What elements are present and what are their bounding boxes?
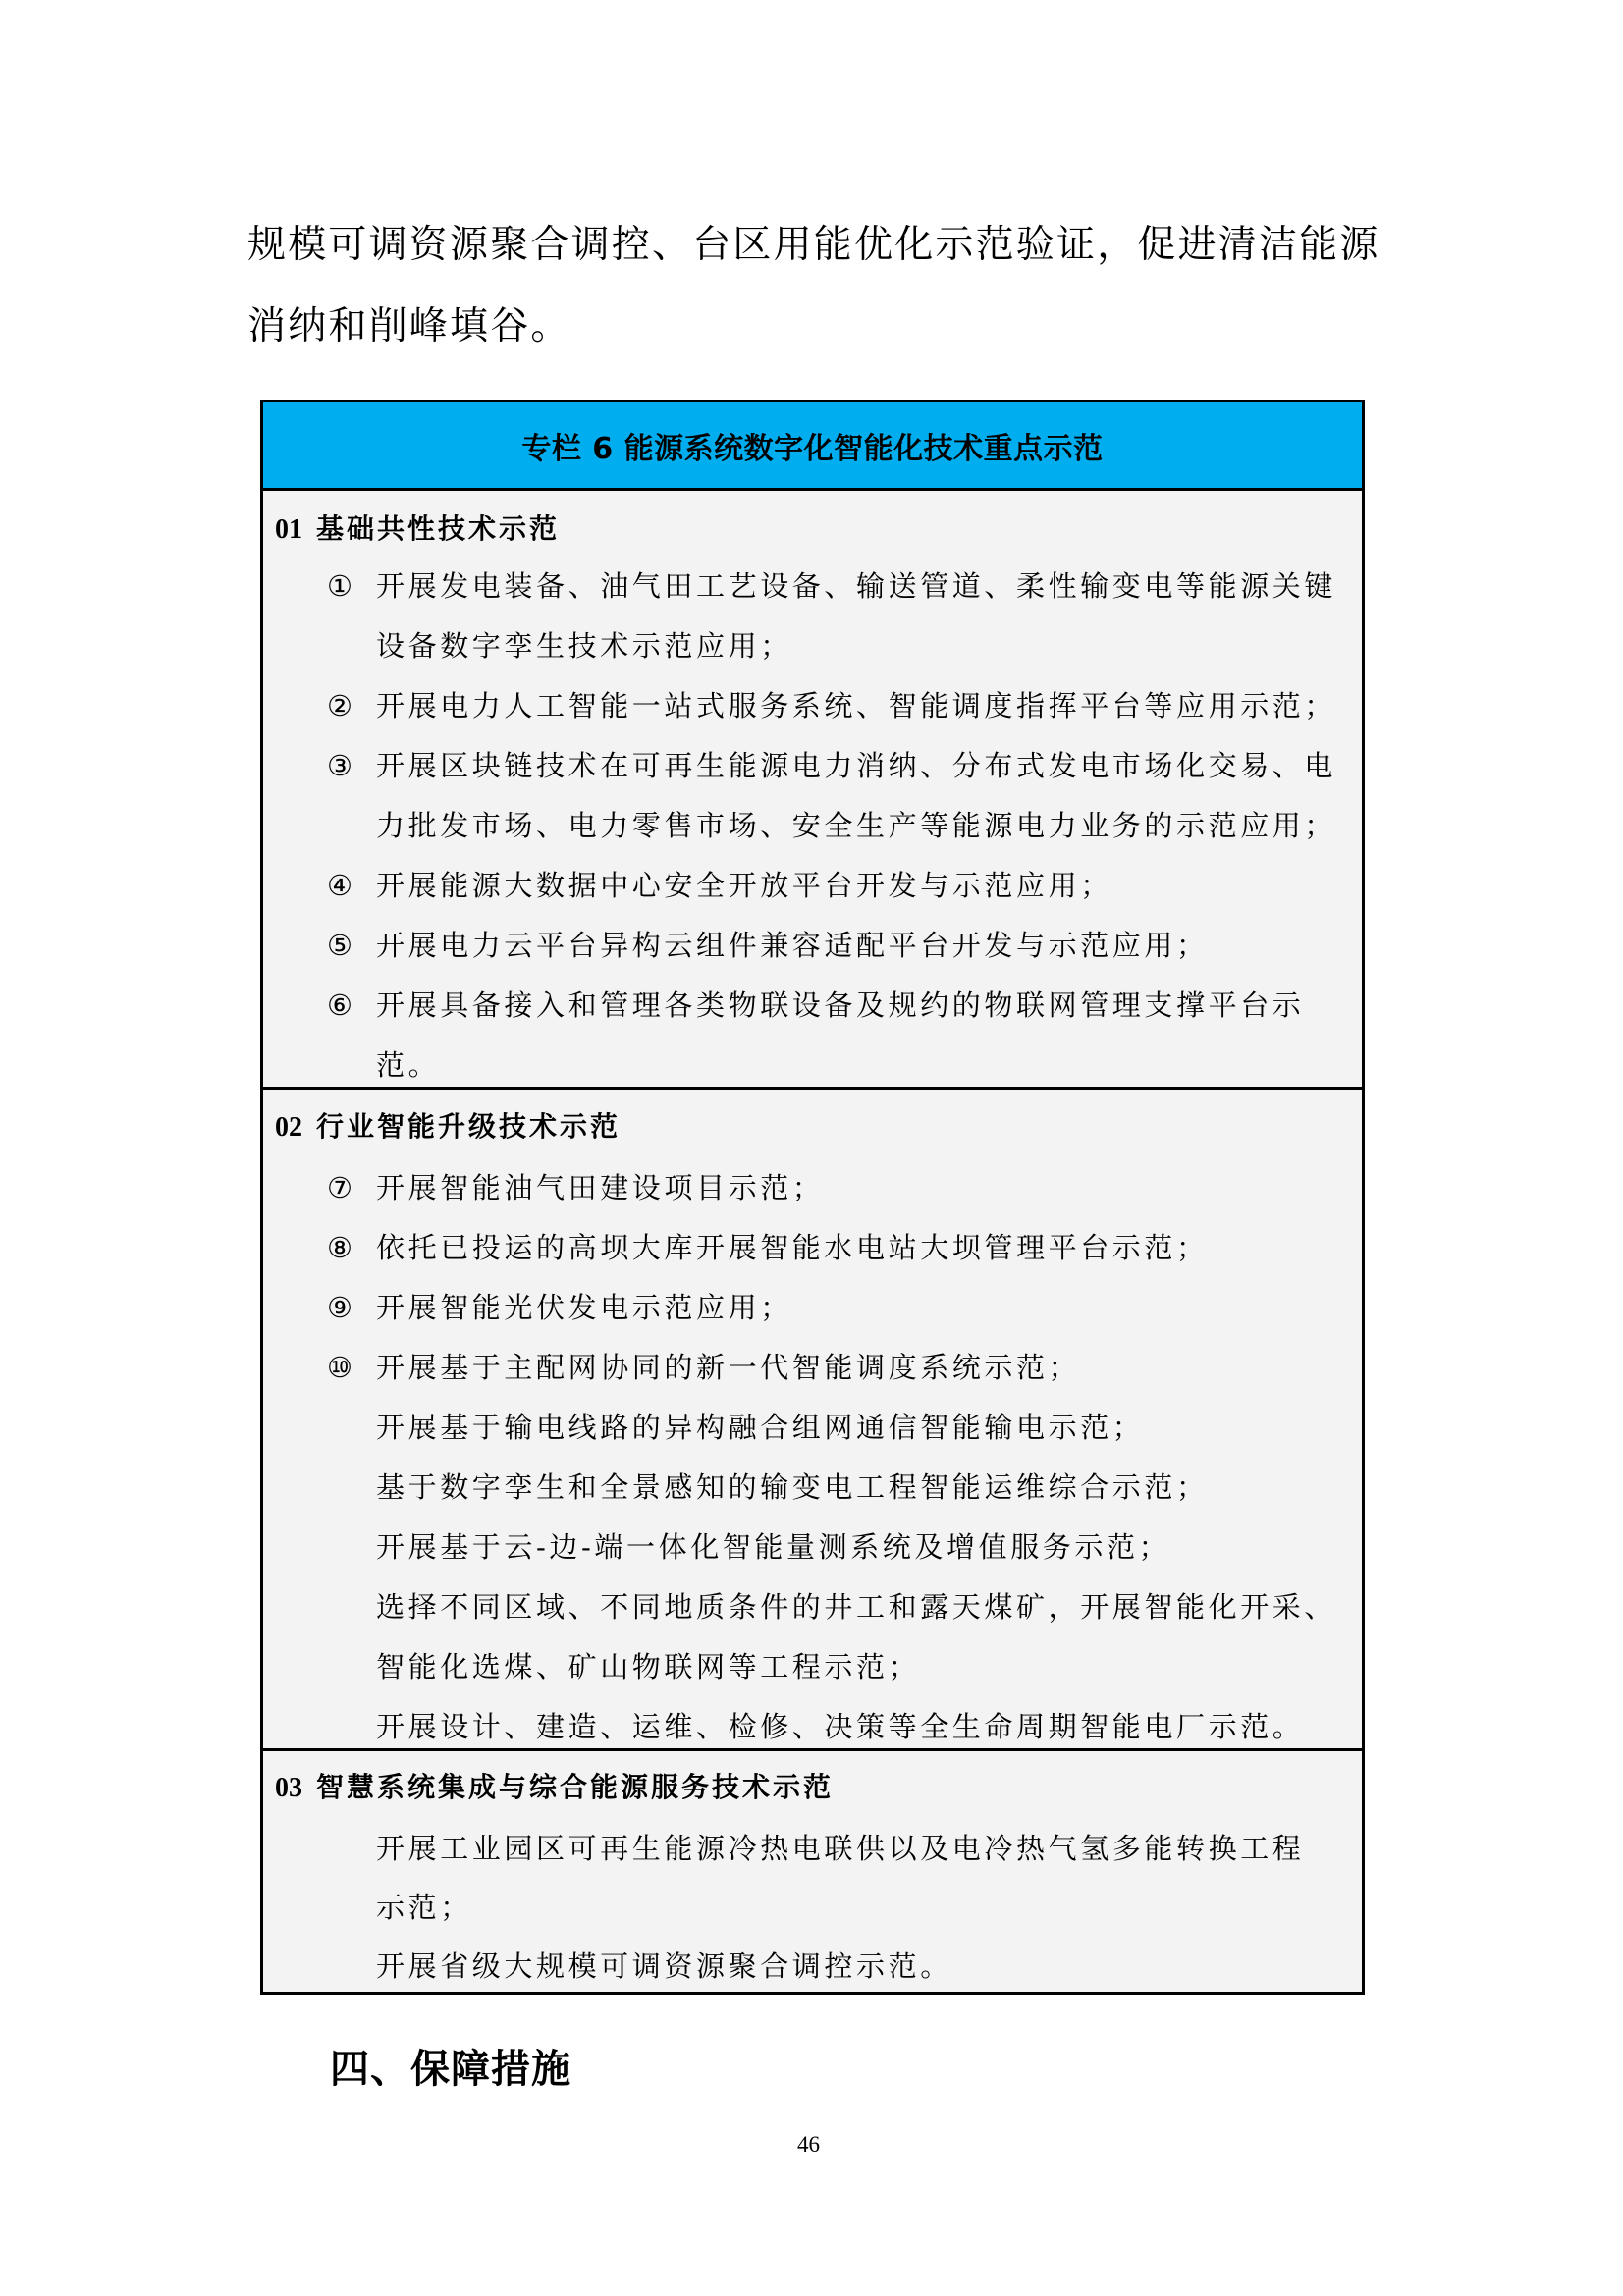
item-text: 开展具备接入和管理各类物联设备及规约的物联网管理支撑平台示 [376,988,1304,1022]
list-item: ⑨开展智能光伏发电示范应用； [376,1291,792,1324]
box-title: 专栏 6 能源系统数字化智能化技术重点示范 [521,424,1103,467]
item-text: 开展智能光伏发电示范应用； [376,1291,792,1324]
list-item: 基于数字孪生和全景感知的输变电工程智能运维综合示范； [376,1470,1209,1504]
section-label: 基础共性技术示范 [316,512,560,545]
list-item: ④开展能源大数据中心安全开放平台开发与示范应用； [376,869,1112,902]
item-marker: ⑧ [327,1231,352,1264]
list-item: ⑧依托已投运的高坝大库开展智能水电站大坝管理平台示范； [376,1231,1209,1264]
intro-line-1: 规模可调资源聚合调控、台区用能优化示范验证，促进清洁能源 [247,224,1380,267]
item-text: 开展设计、建造、运维、检修、决策等全生命周期智能电厂示范。 [376,1710,1304,1743]
section-03: 03智慧系统集成与综合能源服务技术示范 开展工业园区可再生能源冷热电联供以及电冷… [263,1748,1362,1992]
item-marker: ⑥ [327,988,352,1022]
list-item: ⑩开展基于主配网协同的新一代智能调度系统示范； [376,1351,1080,1384]
item-text: 开展工业园区可再生能源冷热电联供以及电冷热气氢多能转换工程 [376,1832,1304,1865]
list-item: 开展基于输电线路的异构融合组网通信智能输电示范； [376,1411,1144,1444]
item-marker: ② [327,689,352,722]
intro-line-2: 消纳和削峰填谷。 [247,305,571,348]
list-item: 开展设计、建造、运维、检修、决策等全生命周期智能电厂示范。 [376,1710,1304,1743]
item-marker: ⑩ [327,1351,352,1384]
page-number: 46 [797,2132,820,2158]
item-text: 开展省级大规模可调资源聚合调控示范。 [376,1949,952,1983]
section-heading-safeguards: 四、保障措施 [330,2038,571,2094]
item-text: 开展区块链技术在可再生能源电力消纳、分布式发电市场化交易、电 [376,749,1336,782]
item-text: 力批发市场、电力零售市场、安全生产等能源电力业务的示范应用； [376,809,1336,842]
item-marker: ⑤ [327,929,352,962]
list-item-continuation: 智能化选煤、矿山物联网等工程示范； [376,1650,920,1683]
item-text: 范。 [376,1048,440,1082]
list-item-continuation: 示范； [376,1891,472,1924]
section-heading: 02行业智能升级技术示范 [275,1112,621,1143]
item-text: 智能化选煤、矿山物联网等工程示范； [376,1650,920,1683]
section-heading: 01基础共性技术示范 [275,514,560,545]
item-marker: ⑦ [327,1171,352,1204]
section-heading: 03智慧系统集成与综合能源服务技术示范 [275,1773,834,1803]
box-header: 专栏 6 能源系统数字化智能化技术重点示范 [263,402,1362,491]
item-text: 开展智能油气田建设项目示范； [376,1171,824,1204]
item-text: 选择不同区域、不同地质条件的井工和露天煤矿，开展智能化开采、 [376,1590,1336,1624]
section-label: 智慧系统集成与综合能源服务技术示范 [316,1771,834,1803]
item-text: 设备数字孪生技术示范应用； [376,629,792,663]
item-text: 开展能源大数据中心安全开放平台开发与示范应用； [376,869,1112,902]
list-item: 开展基于云-边-端一体化智能量测系统及增值服务示范； [376,1530,1170,1564]
item-text: 依托已投运的高坝大库开展智能水电站大坝管理平台示范； [376,1231,1209,1264]
list-item-continuation: 设备数字孪生技术示范应用； [376,629,792,663]
list-item-continuation: 范。 [376,1048,440,1082]
list-item: ⑤开展电力云平台异构云组件兼容适配平台开发与示范应用； [376,929,1209,962]
list-item: 开展工业园区可再生能源冷热电联供以及电冷热气氢多能转换工程 [376,1832,1304,1865]
list-item: ⑦开展智能油气田建设项目示范； [376,1171,824,1204]
item-marker: ③ [327,749,352,782]
list-item: ⑥开展具备接入和管理各类物联设备及规约的物联网管理支撑平台示 [376,988,1304,1022]
list-item: 选择不同区域、不同地质条件的井工和露天煤矿，开展智能化开采、 [376,1590,1336,1624]
item-text: 基于数字孪生和全景感知的输变电工程智能运维综合示范； [376,1470,1209,1504]
item-text: 开展发电装备、油气田工艺设备、输送管道、柔性输变电等能源关键 [376,569,1336,603]
section-number: 01 [275,514,302,545]
item-marker: ① [327,569,352,603]
item-text: 开展电力云平台异构云组件兼容适配平台开发与示范应用； [376,929,1209,962]
list-item-continuation: 力批发市场、电力零售市场、安全生产等能源电力业务的示范应用； [376,809,1336,842]
list-item: ②开展电力人工智能一站式服务系统、智能调度指挥平台等应用示范； [376,689,1336,722]
item-marker: ④ [327,869,352,902]
section-number: 03 [275,1773,302,1803]
section-02: 02行业智能升级技术示范 ⑦开展智能油气田建设项目示范； ⑧依托已投运的高坝大库… [263,1087,1362,1748]
list-item: 开展省级大规模可调资源聚合调控示范。 [376,1949,952,1983]
item-text: 开展电力人工智能一站式服务系统、智能调度指挥平台等应用示范； [376,689,1336,722]
item-text: 开展基于云-边-端一体化智能量测系统及增值服务示范； [376,1530,1170,1564]
section-label: 行业智能升级技术示范 [316,1110,621,1143]
item-text: 示范； [376,1891,472,1924]
item-text: 开展基于输电线路的异构融合组网通信智能输电示范； [376,1411,1144,1444]
item-marker: ⑨ [327,1291,352,1324]
item-text: 开展基于主配网协同的新一代智能调度系统示范； [376,1351,1080,1384]
section-01: 01基础共性技术示范 ①开展发电装备、油气田工艺设备、输送管道、柔性输变电等能源… [263,491,1362,1088]
list-item: ③开展区块链技术在可再生能源电力消纳、分布式发电市场化交易、电 [376,749,1336,782]
list-item: ①开展发电装备、油气田工艺设备、输送管道、柔性输变电等能源关键 [376,569,1336,603]
section-number: 02 [275,1112,302,1143]
feature-box: 专栏 6 能源系统数字化智能化技术重点示范 01基础共性技术示范 ①开展发电装备… [260,400,1365,1995]
